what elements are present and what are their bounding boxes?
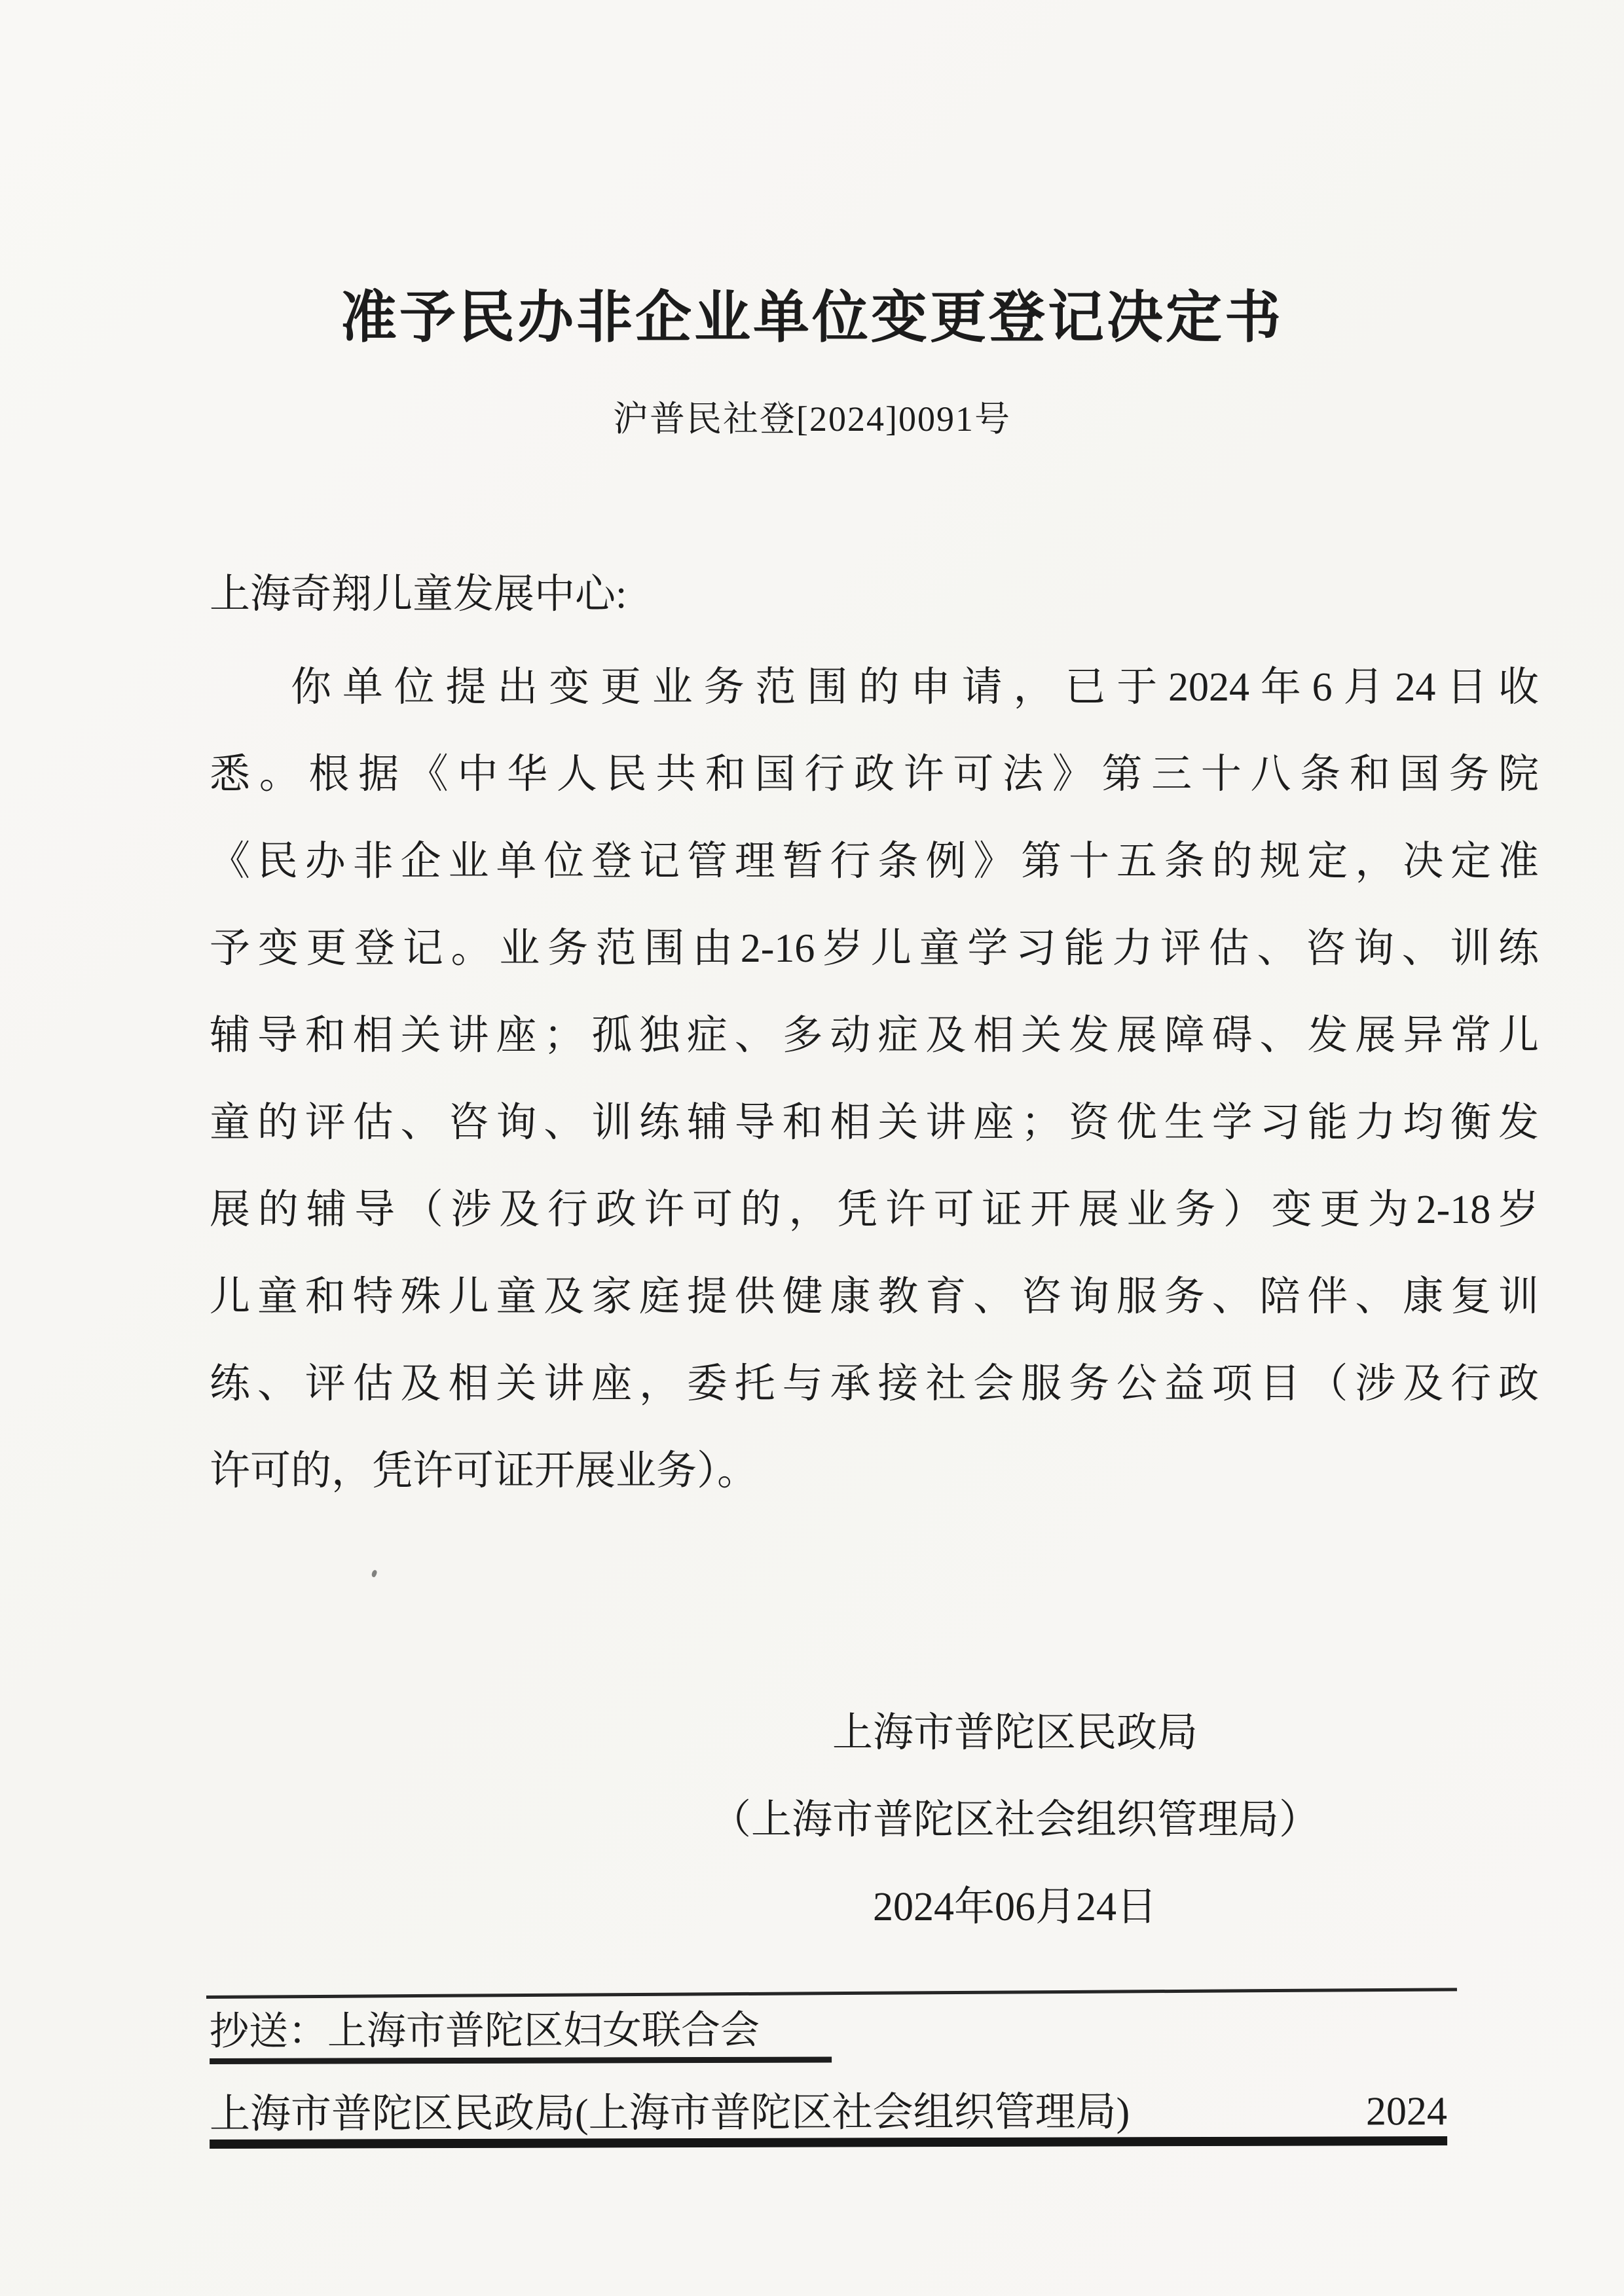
- salutation: 上海奇翔儿童发展中心:: [210, 568, 627, 621]
- body-paragraph: 你单位提出变更业务范围的申请，已于2024年6月24日收 悉。根据《中华人民共和…: [210, 644, 1539, 1515]
- issuer-name: 上海市普陀区民政局(上海市普陀区社会组织管理局): [210, 2091, 1130, 2136]
- issuer-year: 2024: [1366, 2090, 1447, 2132]
- cc-line: 抄送：上海市普陀区妇女联合会: [210, 2010, 832, 2064]
- body-line: 展的辅导（涉及行政许可的，凭许可证开展业务）变更为2-18岁: [210, 1167, 1539, 1254]
- signature-date: 2024年06月24日: [589, 1865, 1441, 1950]
- body-line: 童的评估、咨询、训练辅导和相关讲座；资优生学习能力均衡发: [210, 1080, 1539, 1167]
- signature-org-alt: （上海市普陀区社会组织管理局）: [589, 1777, 1441, 1863]
- body-line: 练、评估及相关讲座，委托与承接社会服务公益项目（涉及行政: [210, 1341, 1539, 1428]
- signature-org: 上海市普陀区民政局: [589, 1690, 1441, 1776]
- page-title: 准予民办非企业单位变更登记决定书: [0, 282, 1624, 354]
- footer-separator-rule: [206, 1988, 1457, 1999]
- body-line: 许可的，凭许可证开展业务）。: [210, 1428, 1539, 1515]
- body-line: 悉。根据《中华人民共和国行政许可法》第三十八条和国务院: [210, 731, 1539, 818]
- body-line: 《民办非企业单位登记管理暂行条例》第十五条的规定，决定准: [210, 818, 1539, 905]
- scan-speck: [371, 1569, 378, 1578]
- scanned-decision-document: 准予民办非企业单位变更登记决定书 沪普民社登[2024]0091号 上海奇翔儿童…: [0, 0, 1624, 2296]
- body-line: 儿童和特殊儿童及家庭提供健康教育、咨询服务、陪伴、康复训: [210, 1254, 1539, 1341]
- issuer-row: 上海市普陀区民政局(上海市普陀区社会组织管理局) 2024: [210, 2090, 1447, 2149]
- body-line: 辅导和相关讲座；孤独症、多动症及相关发展障碍、发展异常儿: [210, 993, 1539, 1080]
- body-line: 你单位提出变更业务范围的申请，已于2024年6月24日收: [210, 644, 1539, 731]
- body-line: 予变更登记。业务范围由2-16岁儿童学习能力评估、咨询、训练: [210, 905, 1539, 993]
- document-number: 沪普民社登[2024]0091号: [0, 393, 1624, 445]
